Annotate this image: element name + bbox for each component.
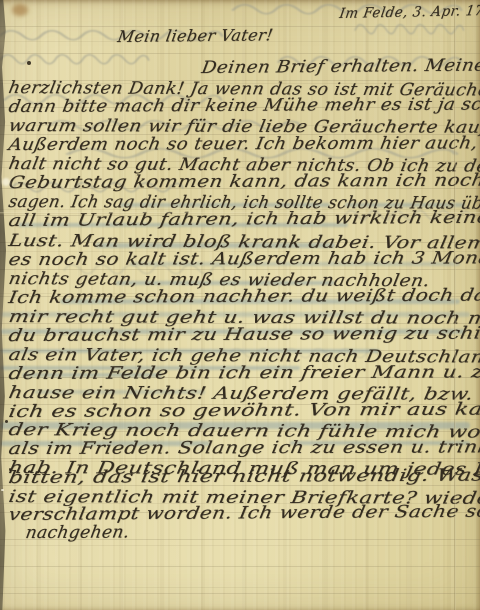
handwriting-line: all im Urlaub fahren, ich hab wirklich k… (7, 208, 480, 231)
handwriting-line: bitten, das ist hier nicht notwendig. Wa… (7, 465, 480, 488)
paper-speck (27, 61, 31, 65)
salutation: Mein lieber Vater! (116, 25, 275, 47)
handwriting-line: Ich komme schon nachher. du weißt doch d… (7, 285, 480, 308)
letter-scan-page: Im Felde, 3. Apr. 17. Mein lieber Vater!… (0, 0, 480, 610)
paper-stain (12, 4, 28, 16)
handwriting-line: Außerdem noch so teuer. Ich bekomm hier … (7, 133, 480, 155)
paper-speck (1, 489, 4, 491)
handwriting-line: es noch so kalt ist. Außerdem hab ich 3 … (7, 248, 480, 270)
handwriting-line: ich es schon so gewöhnt. Von mir aus kan… (7, 399, 480, 422)
handwriting-line: Geburtstag kommen kann, das kann ich noc… (7, 170, 480, 193)
handwriting-line: du brauchst mir zu Hause so wenig zu sch… (7, 323, 480, 346)
torn-left-edge (0, 0, 6, 610)
handwriting-line: als im Frieden. Solange ich zu essen u. … (7, 437, 480, 459)
handwriting-line: denn im Felde bin ich ein freier Mann u.… (7, 362, 480, 384)
handwriting-line: dann bitte mach dir keine Mühe mehr es i… (7, 94, 480, 117)
dateline: Im Felde, 3. Apr. 17. (338, 1, 480, 24)
handwriting-line: nachgehen. (24, 522, 131, 543)
handwriting-line: Deinen Brief erhalten. Meinen (200, 55, 480, 78)
handwriting-line: verschlampt worden. Ich werde der Sache … (7, 501, 480, 525)
